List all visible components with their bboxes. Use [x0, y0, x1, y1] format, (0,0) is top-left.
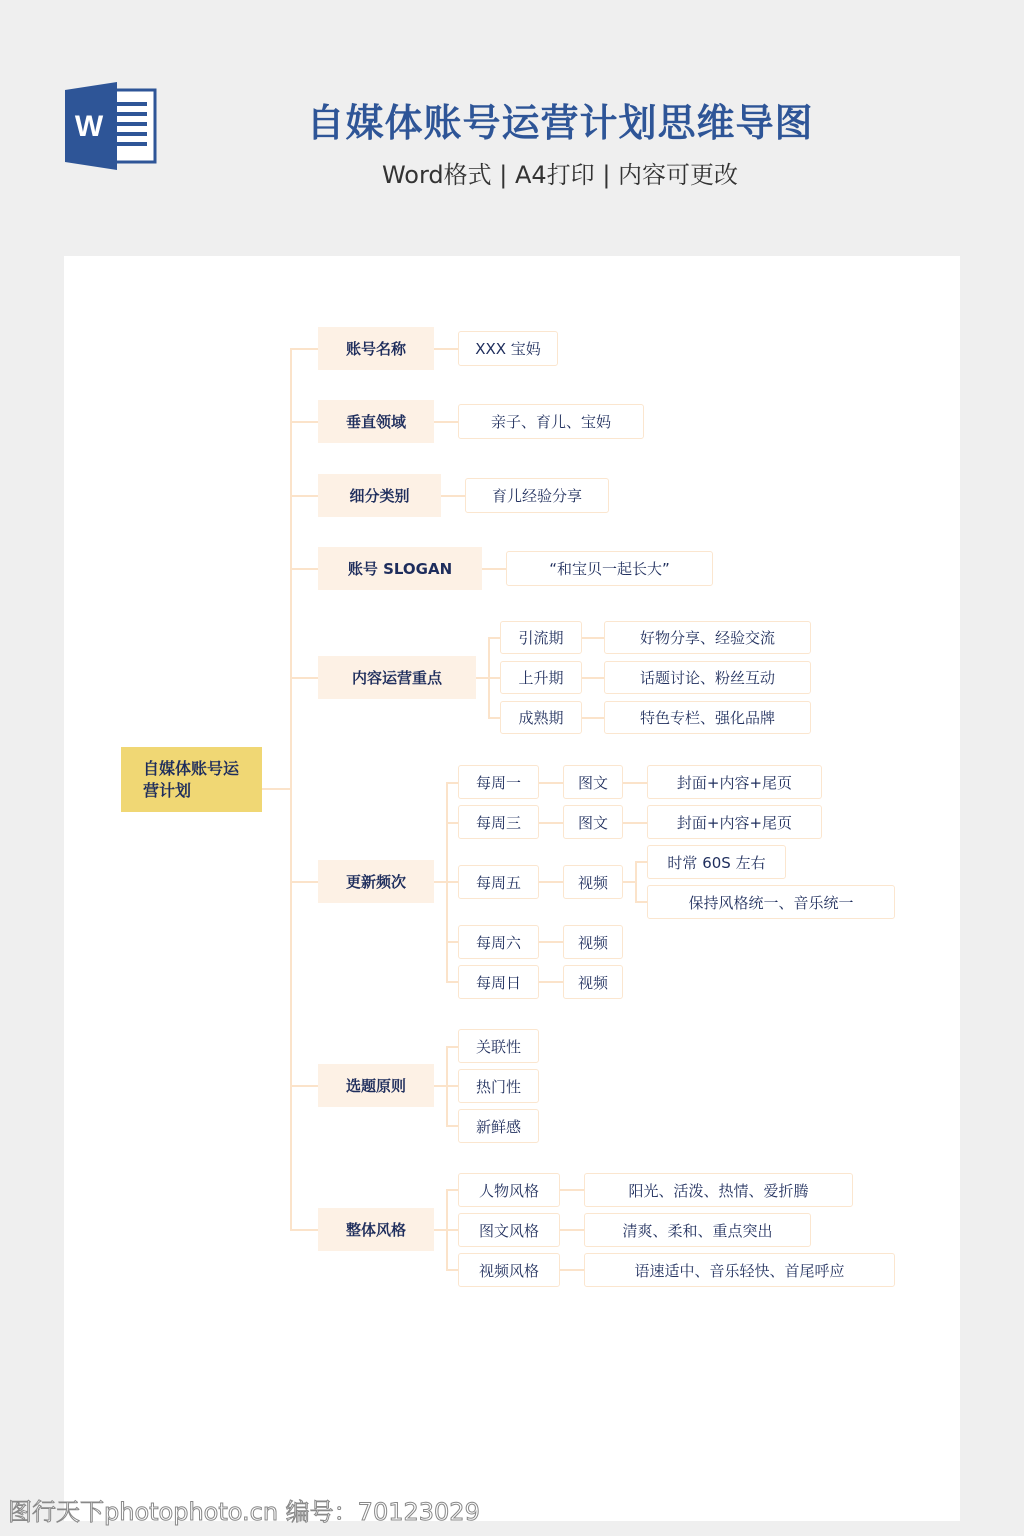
leaf-slogan-value[interactable]: “和宝贝一起长大”	[506, 551, 713, 586]
leaf-account-name-value[interactable]: XXX 宝妈	[458, 331, 558, 366]
mindmap-root[interactable]: 自媒体账号运营计划	[121, 747, 262, 812]
stage-traffic-detail[interactable]: 好物分享、经验交流	[604, 621, 811, 654]
saturday-type[interactable]: 视频	[563, 925, 623, 959]
stage-mature-detail[interactable]: 特色专栏、强化品牌	[604, 701, 811, 734]
friday-duration[interactable]: 时常 60S 左右	[647, 845, 786, 879]
leaf-sub-category-value[interactable]: 育儿经验分享	[465, 478, 609, 513]
sunday-type[interactable]: 视频	[563, 965, 623, 999]
branch-overall-style[interactable]: 整体风格	[318, 1208, 434, 1251]
day-saturday[interactable]: 每周六	[458, 925, 539, 959]
word-icon: W	[65, 82, 157, 170]
svg-text:W: W	[75, 110, 104, 143]
principle-freshness[interactable]: 新鲜感	[458, 1109, 539, 1143]
leaf-vertical-field-value[interactable]: 亲子、育儿、宝妈	[458, 404, 644, 439]
stage-mature[interactable]: 成熟期	[500, 701, 582, 734]
monday-type[interactable]: 图文	[563, 765, 623, 799]
branch-update-frequency[interactable]: 更新频次	[318, 860, 434, 903]
monday-format[interactable]: 封面+内容+尾页	[647, 765, 822, 799]
style-persona[interactable]: 人物风格	[458, 1173, 560, 1207]
branch-content-focus[interactable]: 内容运营重点	[318, 656, 476, 699]
day-friday[interactable]: 每周五	[458, 865, 539, 899]
branch-vertical-field[interactable]: 垂直领域	[318, 400, 434, 443]
branch-sub-category[interactable]: 细分类别	[318, 474, 441, 517]
style-video-detail[interactable]: 语速适中、音乐轻快、首尾呼应	[584, 1253, 895, 1287]
day-wednesday[interactable]: 每周三	[458, 805, 539, 839]
friday-style[interactable]: 保持风格统一、音乐统一	[647, 885, 895, 919]
principle-popularity[interactable]: 热门性	[458, 1069, 539, 1103]
stage-growth-detail[interactable]: 话题讨论、粉丝互动	[604, 661, 811, 694]
style-persona-detail[interactable]: 阳光、活泼、热情、爱折腾	[584, 1173, 853, 1207]
friday-type[interactable]: 视频	[563, 865, 623, 899]
day-sunday[interactable]: 每周日	[458, 965, 539, 999]
principle-relevance[interactable]: 关联性	[458, 1029, 539, 1063]
branch-topic-principles[interactable]: 选题原则	[318, 1064, 434, 1107]
watermark: 图行天下photophoto.cn 编号：70123029	[8, 1492, 480, 1527]
branch-slogan[interactable]: 账号 SLOGAN	[318, 547, 482, 590]
root-label: 自媒体账号运营计划	[143, 758, 243, 802]
style-graphic[interactable]: 图文风格	[458, 1213, 560, 1247]
wednesday-format[interactable]: 封面+内容+尾页	[647, 805, 822, 839]
style-graphic-detail[interactable]: 清爽、柔和、重点突出	[584, 1213, 811, 1247]
page-subtitle: Word格式 | A4打印 | 内容可更改	[260, 155, 860, 190]
page-title: 自媒体账号运营计划思维导图	[260, 92, 860, 147]
stage-traffic[interactable]: 引流期	[500, 621, 582, 654]
branch-account-name[interactable]: 账号名称	[318, 327, 434, 370]
wednesday-type[interactable]: 图文	[563, 805, 623, 839]
stage-growth[interactable]: 上升期	[500, 661, 582, 694]
day-monday[interactable]: 每周一	[458, 765, 539, 799]
style-video[interactable]: 视频风格	[458, 1253, 560, 1287]
